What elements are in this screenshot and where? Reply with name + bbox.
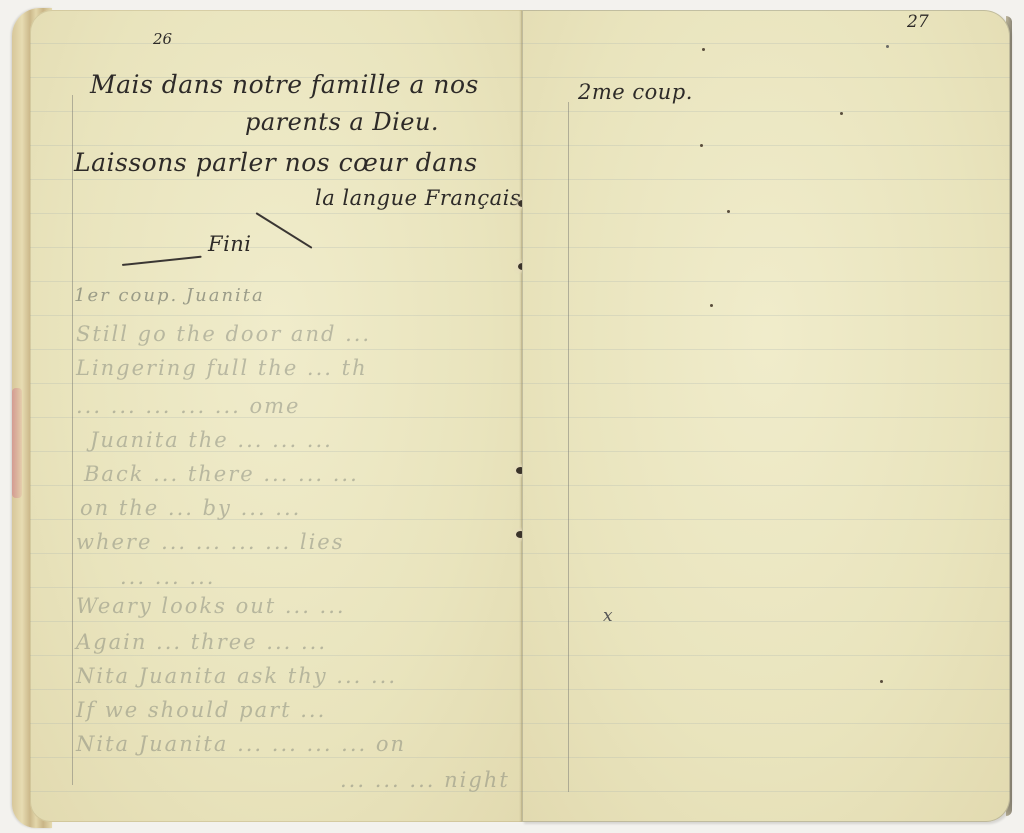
ink-line-1: Mais dans notre famille a nos <box>90 70 479 99</box>
ink-speck <box>702 48 705 51</box>
ink-speck <box>886 45 889 48</box>
ink-heading-2me-coup: 2me coup. <box>578 80 693 104</box>
ink-speck <box>727 210 730 213</box>
right-page <box>522 10 1010 822</box>
ink-line-2: parents a Dieu. <box>245 108 439 136</box>
ink-speck <box>710 304 713 307</box>
faint-line: Nita Juanita ... ... ... ... on <box>76 732 406 756</box>
faint-line: Lingering full the ... th <box>76 356 368 380</box>
faint-line: If we should part ... <box>76 698 326 722</box>
left-page-number: 26 <box>153 30 172 48</box>
ink-speck <box>840 112 843 115</box>
pink-stain <box>12 388 22 498</box>
right-page-margin-line <box>568 102 569 792</box>
faint-line: ... ... ... ... ... ome <box>76 394 301 418</box>
faint-line: ... ... ... <box>120 565 215 589</box>
ink-speck <box>700 144 703 147</box>
ink-line-fini: Fini <box>208 232 252 256</box>
faint-line: Again ... three ... ... <box>76 630 327 654</box>
faint-line: on the ... by ... ... <box>80 496 301 520</box>
faint-heading: 1er coup. Juanita <box>74 285 265 306</box>
faint-line: Nita Juanita ask thy ... ... <box>76 664 397 688</box>
ink-line-4: la langue Française. <box>315 186 541 210</box>
notebook-spread: 26 Mais dans notre famille a nos parents… <box>0 0 1024 833</box>
left-page-margin-line <box>72 95 73 785</box>
ink-line-3: Laissons parler nos cœur dans <box>74 148 478 177</box>
faint-line: Back ... there ... ... ... <box>84 462 359 486</box>
faint-line: Juanita the ... ... ... <box>90 428 333 452</box>
x-mark: x <box>603 606 613 626</box>
faint-line: ... ... ... night <box>340 768 510 792</box>
right-page-number: 27 <box>907 12 929 32</box>
faint-line: Still go the door and ... <box>76 322 371 346</box>
faint-line: where ... ... ... ... lies <box>76 530 345 554</box>
faint-line: Weary looks out ... ... <box>76 594 346 618</box>
ink-speck <box>880 680 883 683</box>
